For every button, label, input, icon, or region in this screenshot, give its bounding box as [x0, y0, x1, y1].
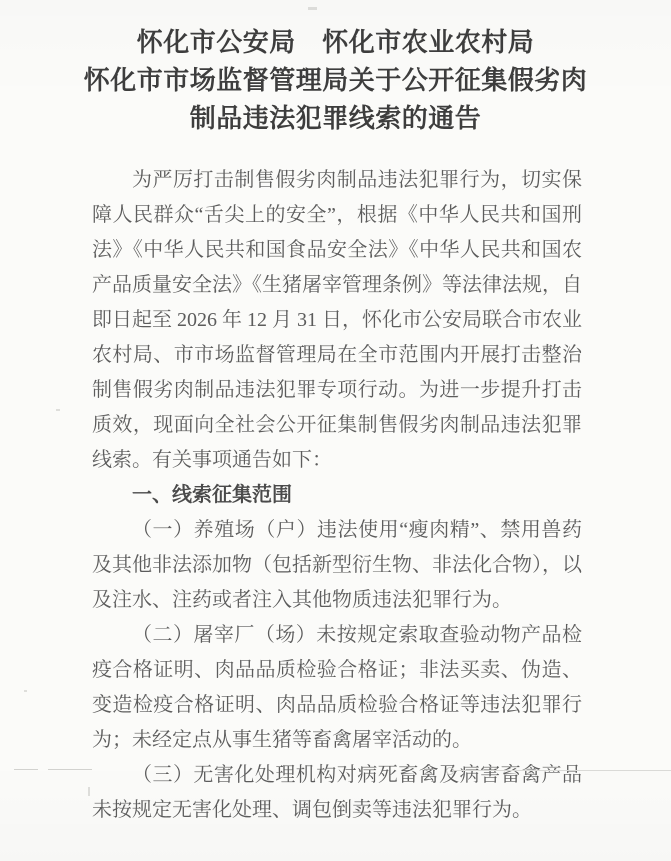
title-line-2: 怀化市市场监督管理局关于公开征集假劣肉: [0, 62, 671, 100]
section-heading: 一、线索征集范围: [92, 478, 582, 513]
scan-artifact-speck-4: [24, 690, 27, 692]
body-paragraph: （二）屠宰厂（场）未按规定索取查验动物产品检疫合格证明、肉品品质检验合格证；非法…: [92, 618, 582, 758]
body-paragraph: 为严厉打击制售假劣肉制品违法犯罪行为，切实保障人民群众“舌尖上的安全”，根据《中…: [92, 163, 582, 478]
scan-artifact-speck-1: [56, 409, 60, 411]
scan-artifact-dash-left-1: [14, 769, 38, 770]
title-line-3: 制品违法犯罪线索的通告: [0, 100, 671, 138]
document-title: 怀化市公安局 怀化市农业农村局 怀化市市场监督管理局关于公开征集假劣肉 制品违法…: [0, 24, 671, 138]
body-paragraph: （一）养殖场（户）违法使用“瘦肉精”、禁用兽药及其他非法添加物（包括新型衍生物、…: [92, 513, 582, 618]
body-paragraph: （三）无害化处理机构对病死畜禽及病害畜禽产品未按规定无害化处理、调包倒卖等违法犯…: [92, 758, 582, 828]
scan-artifact-speck-3: [88, 787, 90, 796]
title-line-1: 怀化市公安局 怀化市农业农村局: [0, 24, 671, 62]
document-body: 为严厉打击制售假劣肉制品违法犯罪行为，切实保障人民群众“舌尖上的安全”，根据《中…: [92, 163, 582, 828]
scanned-notice-page: 怀化市公安局 怀化市农业农村局 怀化市市场监督管理局关于公开征集假劣肉 制品违法…: [0, 0, 671, 861]
scan-artifact-speck-2: [308, 7, 317, 10]
scan-artifact-dash-left-2: [48, 769, 92, 770]
